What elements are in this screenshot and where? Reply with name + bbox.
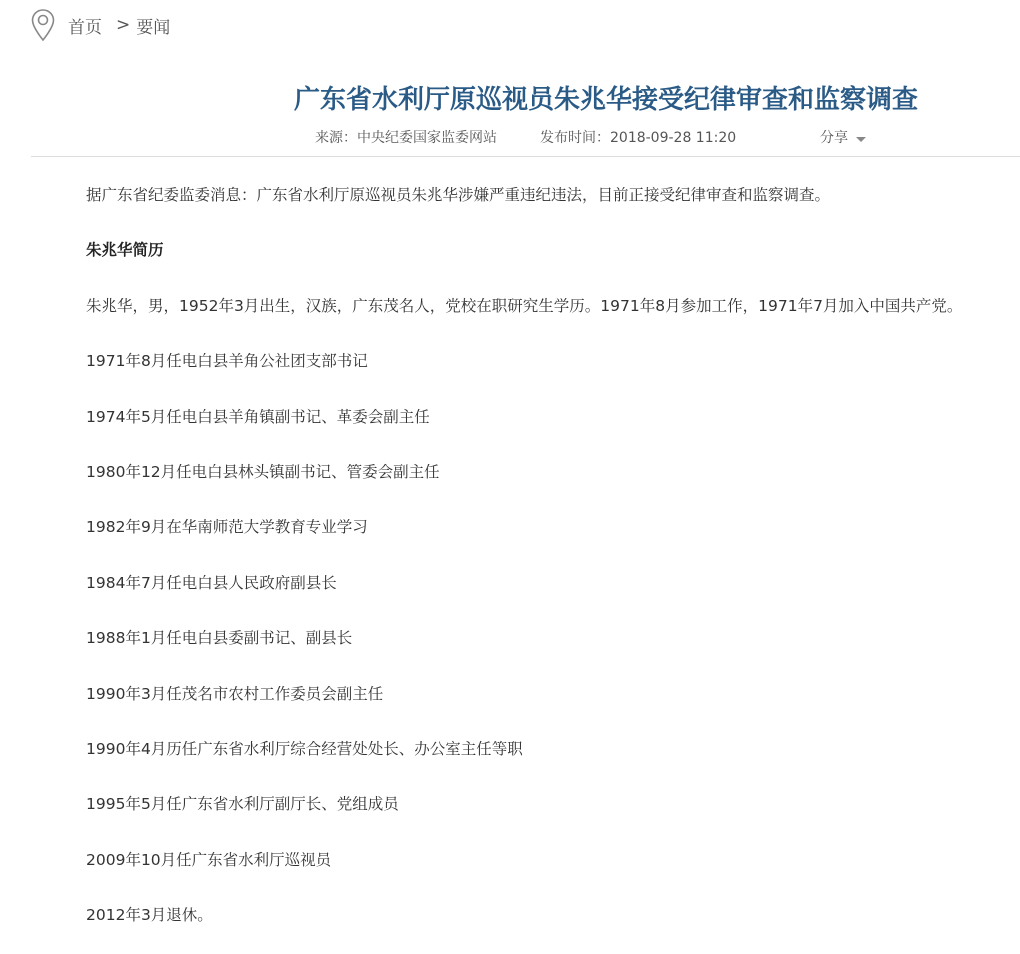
meta-divider <box>31 156 1020 157</box>
location-pin-icon <box>30 8 56 42</box>
share-button[interactable]: 分享 <box>820 127 866 147</box>
resume-entry: 1990年3月任茂名市农村工作委员会副主任 <box>86 681 1020 736</box>
resume-summary: 朱兆华，男，1952年3月出生，汉族，广东茂名人，党校在职研究生学历。1971年… <box>86 293 1020 348</box>
breadcrumb-separator: > <box>116 15 130 35</box>
resume-entry: 1988年1月任电白县委副书记、副县长 <box>86 625 1020 680</box>
resume-entry: 1980年12月任电白县林头镇副书记、管委会副主任 <box>86 459 1020 514</box>
resume-entry: 1995年5月任广东省水利厅副厅长、党组成员 <box>86 791 1020 846</box>
breadcrumb-current-link[interactable]: 要闻 <box>136 13 170 38</box>
resume-entry: 1984年7月任电白县人民政府副县长 <box>86 570 1020 625</box>
resume-entry: 2012年3月退休。 <box>86 902 1020 954</box>
article-publish-time: 发布时间：2018-09-28 11:20 <box>540 127 736 147</box>
resume-entry: 2009年10月任广东省水利厅巡视员 <box>86 847 1020 902</box>
breadcrumb: 首页 > 要闻 <box>30 8 170 42</box>
article-lead: 据广东省纪委监委消息：广东省水利厅原巡视员朱兆华涉嫌严重违纪违法，目前正接受纪律… <box>86 182 1020 237</box>
share-label: 分享 <box>820 127 848 147</box>
time-value: 2018-09-28 11:20 <box>610 130 736 146</box>
article-body: 据广东省纪委监委消息：广东省水利厅原巡视员朱兆华涉嫌严重违纪违法，目前正接受纪律… <box>86 182 1020 954</box>
resume-heading: 朱兆华简历 <box>86 237 1020 292</box>
resume-entry: 1971年8月任电白县羊角公社团支部书记 <box>86 348 1020 403</box>
caret-down-icon <box>856 137 866 142</box>
resume-entry: 1974年5月任电白县羊角镇副书记、革委会副主任 <box>86 404 1020 459</box>
source-value: 中央纪委国家监委网站 <box>357 130 497 146</box>
resume-entry: 1990年4月历任广东省水利厅综合经营处处长、办公室主任等职 <box>86 736 1020 791</box>
time-label: 发布时间： <box>540 130 610 146</box>
breadcrumb-home-link[interactable]: 首页 <box>68 13 102 38</box>
article-meta: 来源：中央纪委国家监委网站 发布时间：2018-09-28 11:20 分享 <box>0 127 1020 149</box>
source-label: 来源： <box>315 130 357 146</box>
article-title: 广东省水利厅原巡视员朱兆华接受纪律审查和监察调查 <box>0 79 1020 116</box>
article-source: 来源：中央纪委国家监委网站 <box>315 127 497 147</box>
resume-entry: 1982年9月在华南师范大学教育专业学习 <box>86 514 1020 569</box>
